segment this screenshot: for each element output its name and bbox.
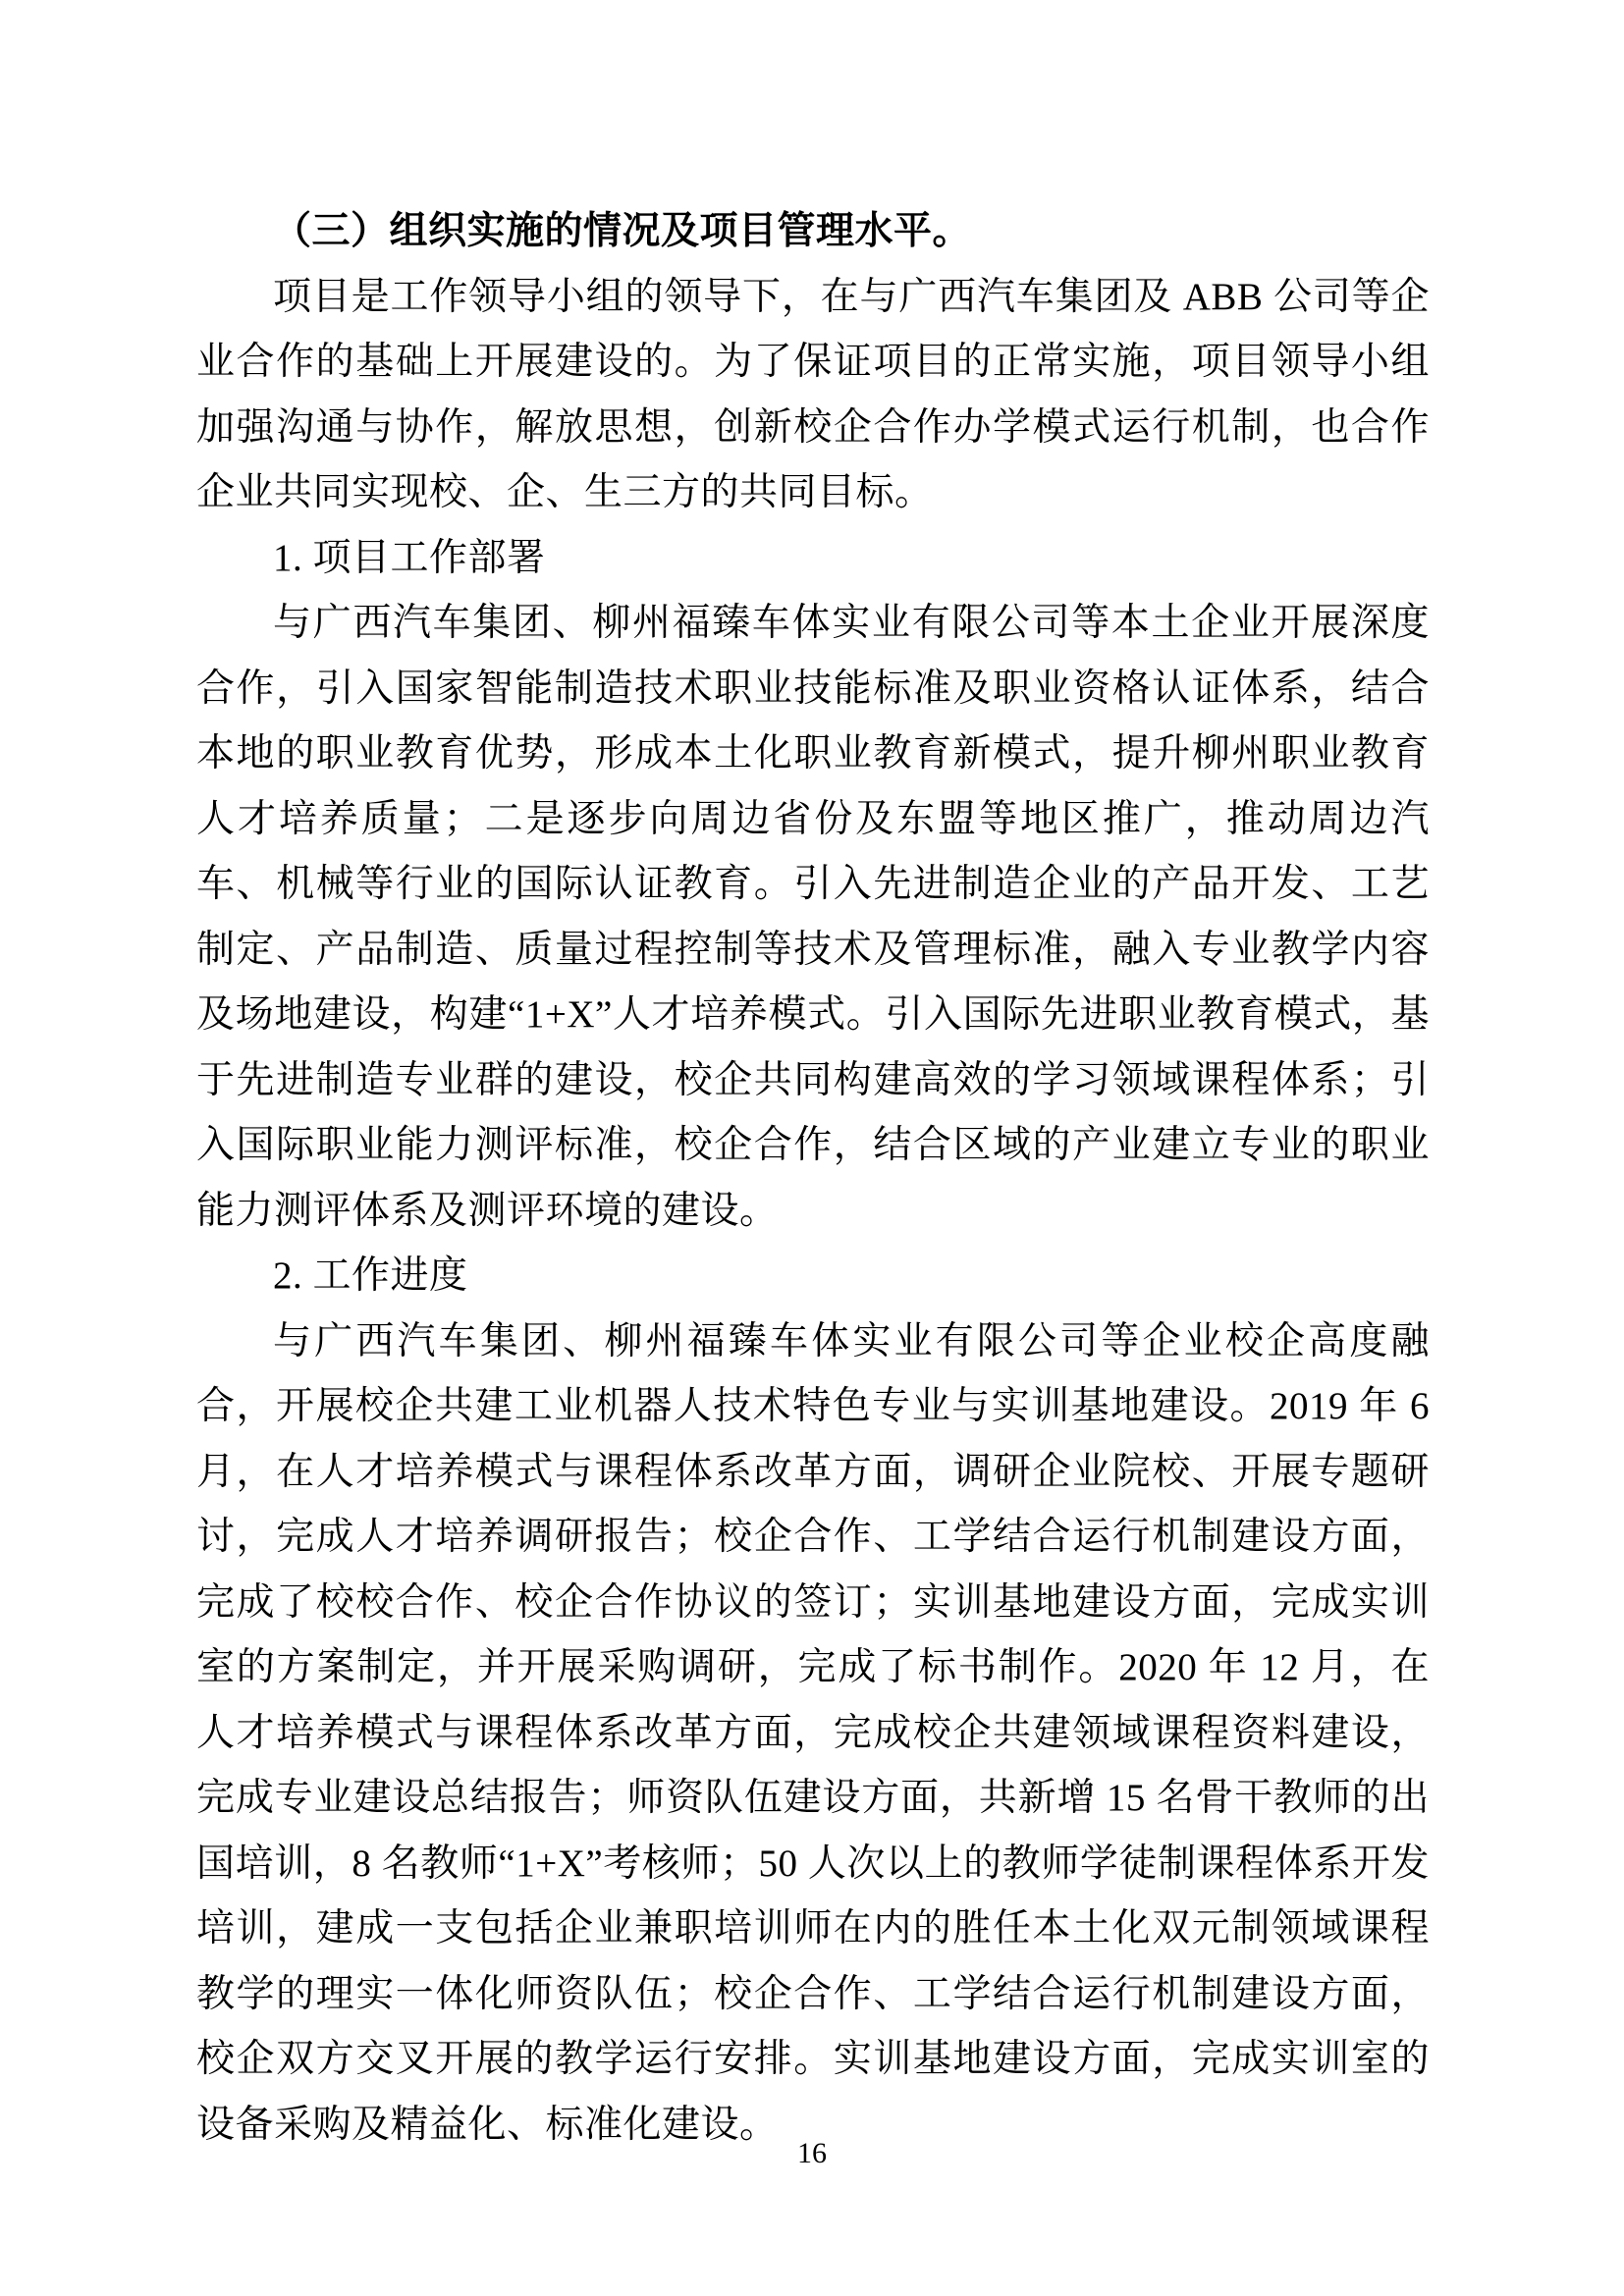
page-number: 16 xyxy=(0,2136,1624,2171)
document-page: （三）组织实施的情况及项目管理水平。 项目是工作领导小组的领导下，在与广西汽车集… xyxy=(0,0,1624,2296)
paragraph-intro: 项目是工作领导小组的领导下，在与广西汽车集团及 ABB 公司等企业合作的基础上开… xyxy=(196,265,1430,526)
paragraph-project-deployment: 与广西汽车集团、柳州福臻车体实业有限公司等本土企业开展深度合作，引入国家智能制造… xyxy=(196,591,1430,1244)
document-body: （三）组织实施的情况及项目管理水平。 项目是工作领导小组的领导下，在与广西汽车集… xyxy=(196,199,1430,2158)
paragraph-work-progress: 与广西汽车集团、柳州福臻车体实业有限公司等企业校企高度融合，开展校企共建工业机器… xyxy=(196,1309,1430,2159)
section-heading: （三）组织实施的情况及项目管理水平。 xyxy=(196,199,1430,265)
subheading-work-progress: 2. 工作进度 xyxy=(196,1244,1430,1309)
subheading-project-deployment: 1. 项目工作部署 xyxy=(196,526,1430,592)
